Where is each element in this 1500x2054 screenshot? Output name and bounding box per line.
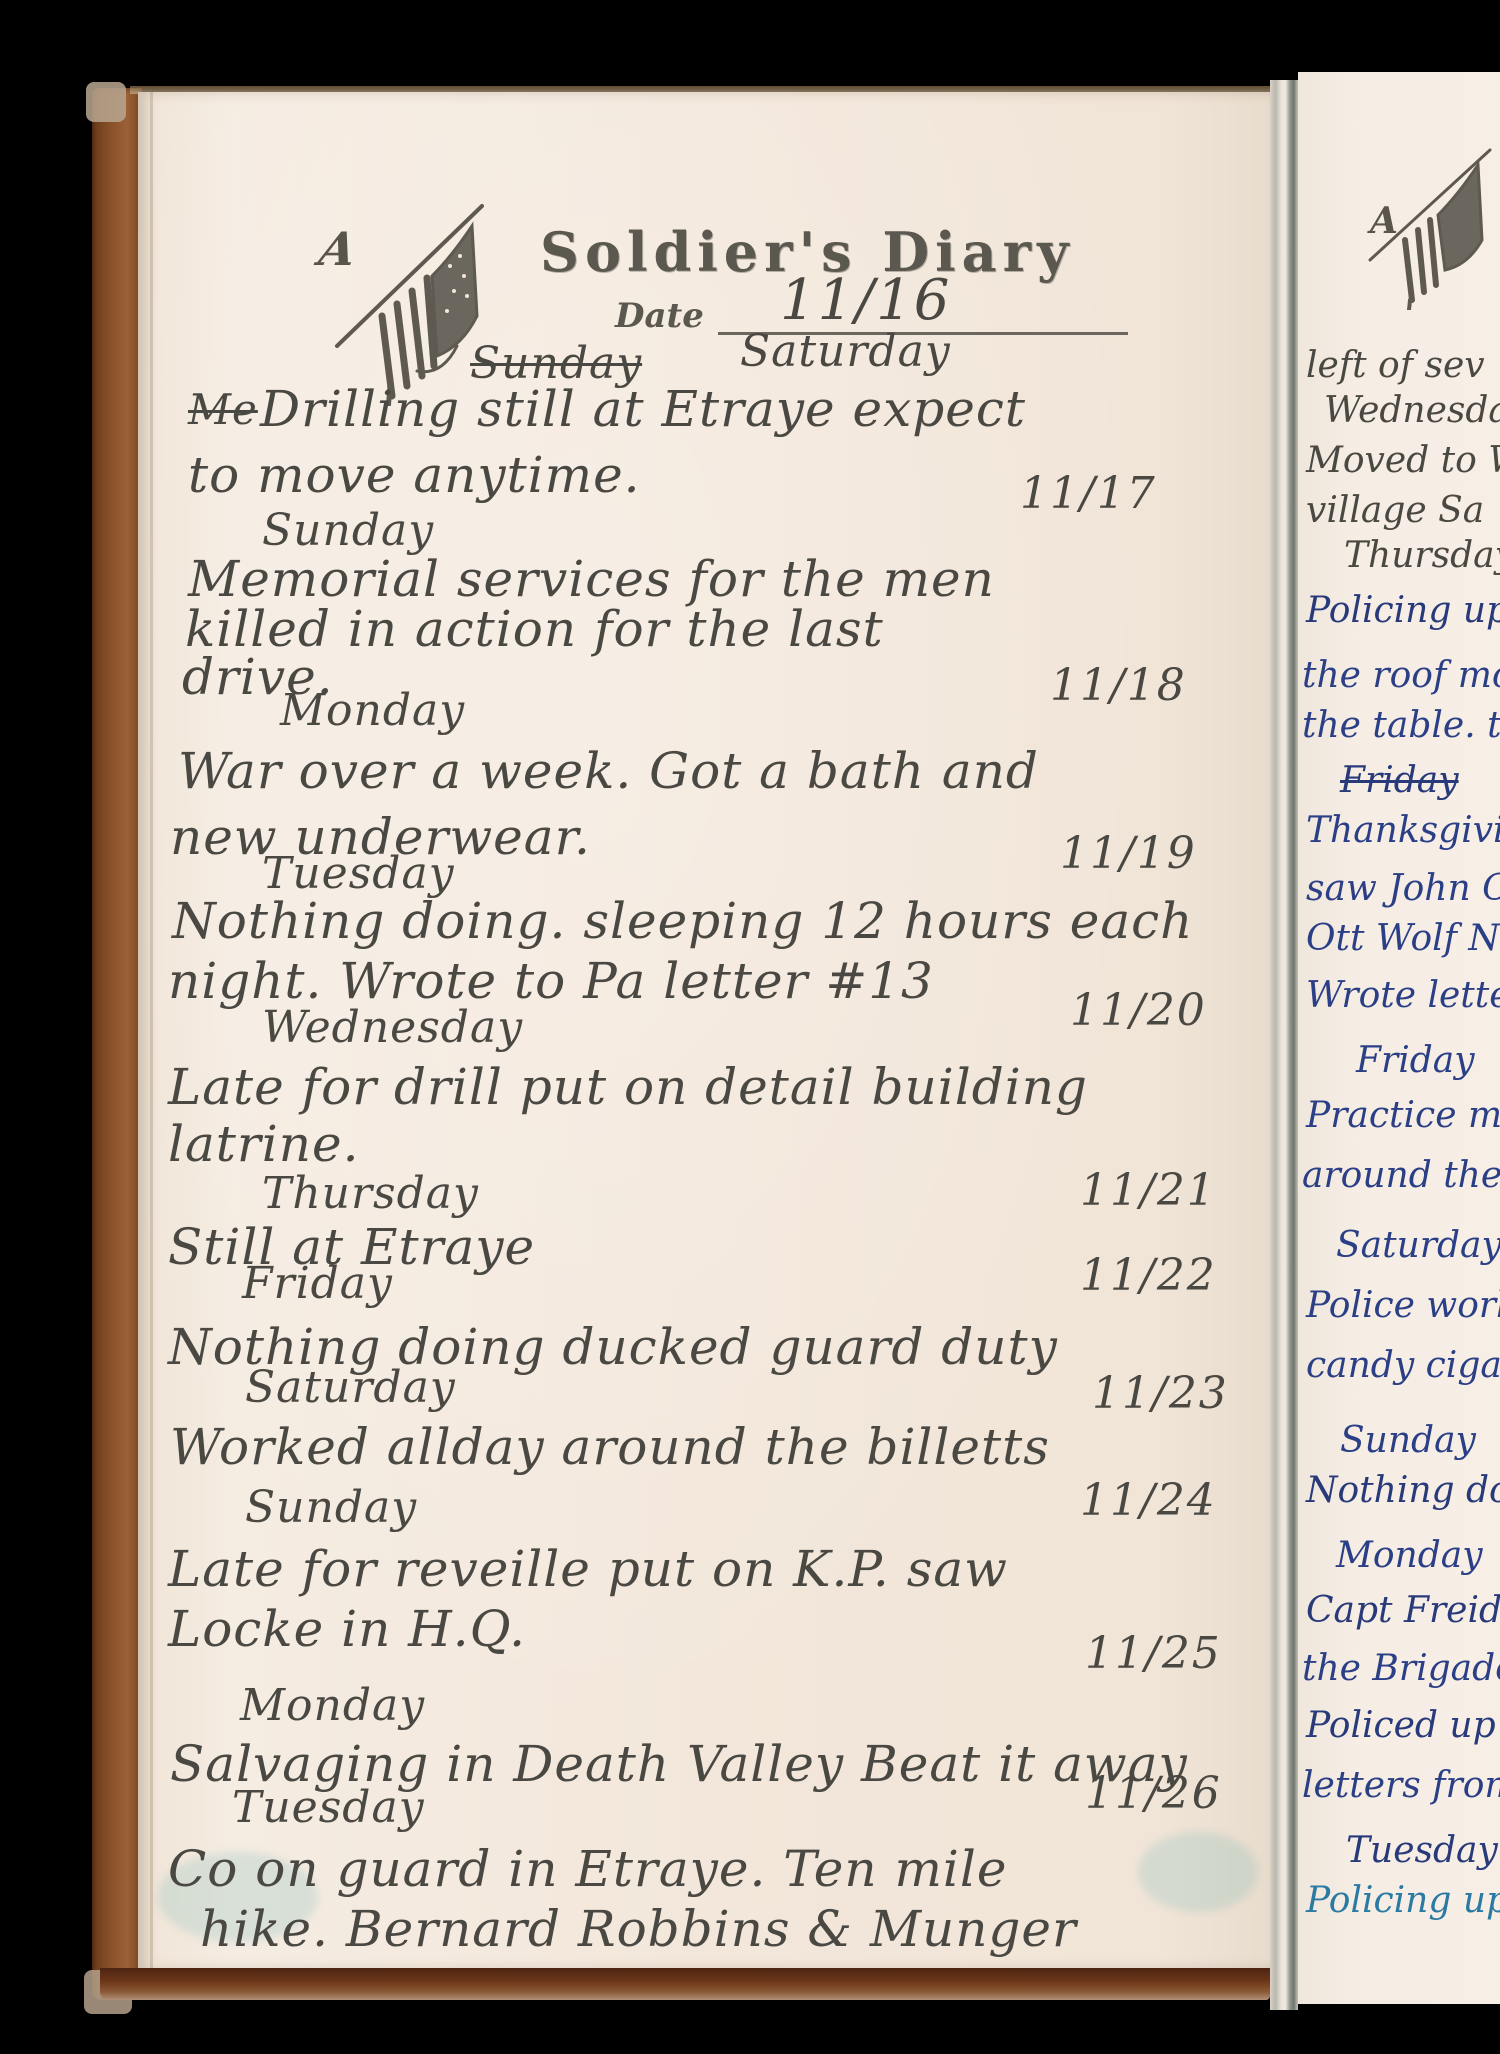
entry-date: 11/17	[1020, 468, 1157, 519]
entry-day: Saturday	[245, 1362, 456, 1413]
fragment-line: the Brigade	[1302, 1648, 1500, 1689]
entry-line: Late for reveille put on K.P. saw	[168, 1540, 1008, 1598]
entry-day: Wednesday	[262, 1002, 523, 1053]
fragment-line: Capt Freide	[1306, 1590, 1500, 1631]
fragment-line: left of sev	[1306, 345, 1485, 386]
fragment-line: letters from El	[1302, 1765, 1500, 1806]
entry-date: 11/24	[1080, 1475, 1217, 1526]
entry-date: 11/23	[1092, 1368, 1229, 1419]
fragment-line: Practice man	[1306, 1095, 1500, 1136]
entry-line: War over a week. Got a bath and	[178, 742, 1039, 800]
fragment-line: the table. t	[1302, 705, 1500, 746]
entry-date: 11/25	[1085, 1628, 1222, 1679]
entry-line: Drilling still at Etraye expect	[260, 380, 1026, 438]
fragment-line: Policing up	[1306, 1880, 1500, 1921]
entry-day: Sunday	[262, 505, 434, 556]
fragment-line: village Sa	[1306, 490, 1484, 531]
fragment-line: Saturday	[1336, 1225, 1500, 1266]
entry-day: Monday	[240, 1680, 425, 1731]
fragment-line: around the	[1302, 1155, 1500, 1196]
fragment-line: Moved to W	[1306, 440, 1500, 481]
entry-line: latrine.	[168, 1115, 359, 1173]
entry-day: Tuesday	[232, 1782, 425, 1833]
entry-line: Co on guard in Etraye. Ten mile	[168, 1840, 1007, 1898]
book-cover-spine-edge	[92, 88, 142, 2000]
fragment-line: Friday	[1356, 1040, 1475, 1081]
fragment-line: saw John Ca	[1306, 868, 1500, 909]
entry-line: Locke in H.Q.	[168, 1600, 526, 1658]
entry-date: 11/19	[1060, 828, 1197, 879]
date-label: Date	[615, 296, 704, 336]
entry-line: hike. Bernard Robbins & Munger	[200, 1900, 1077, 1958]
entry-line: to move anytime.	[188, 446, 641, 504]
book-gutter	[1270, 80, 1298, 2010]
fragment-line: the roof mo	[1302, 655, 1500, 696]
entry-day: Thursday	[262, 1168, 479, 1219]
entry-date: 11/18	[1050, 660, 1187, 711]
book-cover-bottom-edge	[100, 1968, 1270, 2000]
entry-day: Monday	[280, 685, 465, 736]
fragment-line: candy cigar	[1306, 1345, 1500, 1386]
entry-line: Nothing doing. sleeping 12 hours each	[172, 892, 1193, 950]
entry-day: Friday	[242, 1258, 393, 1309]
struck-prefix: Me	[188, 385, 258, 434]
entry-day: Saturday	[740, 326, 951, 377]
fragment-line-struck: Friday	[1340, 760, 1459, 801]
entry-date: 11/22	[1080, 1250, 1217, 1301]
fragment-line: Nothing doin	[1306, 1470, 1500, 1511]
fragment-line: Police work	[1306, 1285, 1500, 1326]
fragment-line: Thanksgivin	[1306, 810, 1500, 851]
entry-date: 11/20	[1070, 985, 1207, 1036]
entry-date: 11/26	[1085, 1768, 1222, 1819]
fragment-line: Thursday	[1344, 535, 1500, 576]
fragment-line: Ott Wolf No	[1306, 918, 1500, 959]
fragment-line: Wednesda	[1324, 390, 1500, 431]
right-page-text-clip: left of sev Wednesda Moved to W village …	[1296, 0, 1500, 2054]
entry-date: 11/16	[780, 268, 951, 333]
entry-line: Worked allday around the billetts	[170, 1418, 1050, 1476]
ink-stain	[1138, 1832, 1258, 1912]
entry-date: 11/21	[1080, 1165, 1217, 1216]
fragment-line: Policing up	[1306, 590, 1500, 631]
fragment-line: Tuesday	[1346, 1830, 1498, 1871]
entry-day: Sunday	[245, 1482, 417, 1533]
fragment-line: Sunday	[1340, 1420, 1476, 1461]
fragment-line: Wrote letters.	[1306, 975, 1500, 1016]
entry-line: Late for drill put on detail building	[168, 1058, 1088, 1116]
fragment-line: Policed up a	[1306, 1705, 1500, 1746]
fragment-line: Monday	[1336, 1535, 1483, 1576]
